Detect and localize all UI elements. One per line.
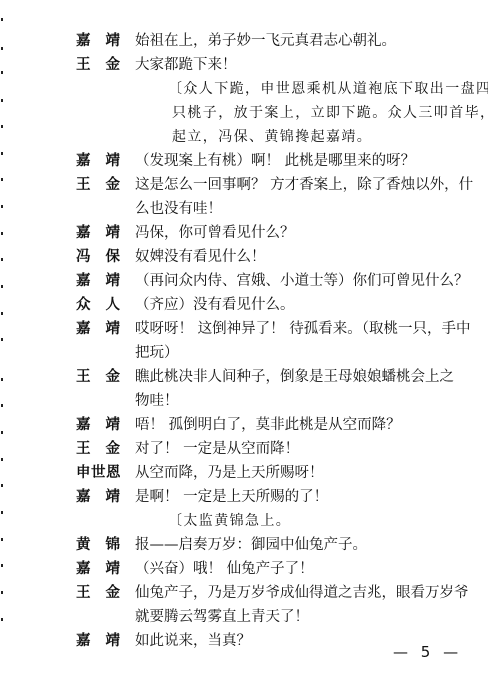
scan-speck <box>1 618 3 621</box>
dialogue-text: （兴奋）哦！ 仙兔产子了！ <box>135 557 314 581</box>
dialogue-line: 王金 仙兔产子，乃是万岁爷成仙得道之吉兆，眼看万岁爷 <box>76 581 476 605</box>
scan-speck <box>1 258 3 261</box>
dialogue-text: 从空而降，乃是上天所赐呀！ <box>135 461 324 485</box>
scan-speck <box>1 152 3 155</box>
scan-speck <box>1 178 3 181</box>
speaker-name: 冯保 <box>76 245 134 269</box>
scan-speck <box>1 431 3 434</box>
scan-speck <box>1 99 3 102</box>
dialogue-continuation: 就要腾云驾雾直上青天了！ <box>76 605 476 629</box>
stage-direction-text: 只桃子，放于案上，立即下跪。众人三叩首毕， <box>172 101 488 125</box>
speaker-name: 王金 <box>76 365 134 389</box>
speaker-name: 王金 <box>76 173 134 197</box>
dialogue-line: 嘉靖 （兴奋）哦！ 仙兔产子了！ <box>76 557 476 581</box>
dialogue-text: 如此说来，当真？ <box>135 629 251 653</box>
dialogue-line: 王金 大家都跪下来！ <box>76 53 476 77</box>
dialogue-line: 黄锦 报——启奏万岁：御园中仙兔产子。 <box>76 533 476 557</box>
speaker-name: 申世恩 <box>76 461 134 485</box>
dialogue-text: （齐应）没有看见什么。 <box>135 293 295 317</box>
dialogue-continuation: 物哇！ <box>76 389 476 413</box>
stage-direction: 起立，冯保、黄锦搀起嘉靖。 <box>76 125 476 149</box>
scan-speck <box>1 564 3 567</box>
dialogue-line: 嘉靖 （再问众内侍、宫娥、小道士等）你们可曾见什么？ <box>76 269 476 293</box>
speaker-name: 嘉靖 <box>76 221 134 245</box>
speaker-name: 嘉靖 <box>76 149 134 173</box>
dialogue-text: 唔！ 孤倒明白了，莫非此桃是从空而降？ <box>135 413 401 437</box>
dialogue-line: 嘉靖 冯保，你可曾看见什么？ <box>76 221 476 245</box>
speaker-name: 嘉靖 <box>76 317 134 341</box>
page-number: — 5 — <box>393 643 462 661</box>
speaker-name: 王金 <box>76 437 134 461</box>
dialogue-text: 仙兔产子，乃是万岁爷成仙得道之吉兆，眼看万岁爷 <box>135 581 469 605</box>
speaker-name: 王金 <box>76 581 134 605</box>
stage-direction-text: 〔太监黄锦急上。 <box>168 509 291 533</box>
dialogue-text: （再问众内侍、宫娥、小道士等）你们可曾见什么？ <box>135 269 469 293</box>
speaker-name: 嘉靖 <box>76 485 134 509</box>
dialogue-text: （发现案上有桃）啊！ 此桃是哪里来的呀？ <box>135 149 415 173</box>
dialogue-text: 就要腾云驾雾直上青天了！ <box>135 605 309 629</box>
dialogue-line: 王金 对了！ 一定是从空而降！ <box>76 437 476 461</box>
scan-speck <box>1 538 3 541</box>
dialogue-line: 嘉靖 始祖在上，弟子妙一飞元真君志心朝礼。 <box>76 29 476 53</box>
speaker-name: 黄锦 <box>76 533 134 557</box>
stage-direction: 〔太监黄锦急上。 <box>76 509 476 533</box>
scan-speck <box>1 205 3 208</box>
dialogue-line: 嘉靖 哎呀呀！ 这倒神异了！ 待孤看来。（取桃一只，手中 <box>76 317 476 341</box>
stage-direction: 〔众人下跪，申世恩乘机从道袍底下取出一盘四 <box>76 77 476 101</box>
dialogue-text: 冯保，你可曾看见什么？ <box>135 221 295 245</box>
dialogue-continuation: 把玩） <box>76 341 476 365</box>
speaker-name: 嘉靖 <box>76 629 134 653</box>
scan-speck <box>1 338 3 341</box>
dialogue-text: 始祖在上，弟子妙一飞元真君志心朝礼。 <box>135 29 396 53</box>
dialogue-text: 报——启奏万岁：御园中仙兔产子。 <box>135 533 367 557</box>
speaker-name: 嘉靖 <box>76 557 134 581</box>
stage-direction-text: 〔众人下跪，申世恩乘机从道袍底下取出一盘四 <box>168 77 488 101</box>
dialogue-text: 物哇！ <box>135 389 179 413</box>
stage-direction: 只桃子，放于案上，立即下跪。众人三叩首毕， <box>76 101 476 125</box>
scan-speck <box>1 511 3 514</box>
dialogue-line: 申世恩 从空而降，乃是上天所赐呀！ <box>76 461 476 485</box>
scan-speck <box>1 591 3 594</box>
stage-direction-text: 起立，冯保、黄锦搀起嘉靖。 <box>172 125 372 149</box>
scan-speck <box>1 404 3 407</box>
scan-speck <box>1 232 3 235</box>
scan-speck <box>1 458 3 461</box>
speaker-name: 嘉靖 <box>76 29 134 53</box>
dialogue-text: 瞧此桃决非人间种子，倒象是王母娘娘蟠桃会上之 <box>135 365 454 389</box>
dialogue-line: 众人 （齐应）没有看见什么。 <box>76 293 476 317</box>
scan-speck <box>1 285 3 288</box>
scan-speck <box>1 71 3 74</box>
speaker-name: 嘉靖 <box>76 269 134 293</box>
dialogue-text: 哎呀呀！ 这倒神异了！ 待孤看来。（取桃一只，手中 <box>135 317 470 341</box>
speaker-name: 王金 <box>76 53 134 77</box>
scan-margin-marks <box>0 0 10 690</box>
dialogue-line: 王金 瞧此桃决非人间种子，倒象是王母娘娘蟠桃会上之 <box>76 365 476 389</box>
dialogue-text: 大家都跪下来！ <box>135 53 237 77</box>
scan-speck <box>1 312 3 315</box>
scan-speck <box>1 484 3 487</box>
dialogue-text: 奴婢没有看见什么！ <box>135 245 266 269</box>
scan-speck <box>1 18 3 21</box>
dialogue-text: 这是怎么一回事啊？ 方才香案上，除了香烛以外，什 <box>135 173 473 197</box>
dialogue-line: 嘉靖 是啊！ 一定是上天所赐的了！ <box>76 485 476 509</box>
dialogue-line: 冯保 奴婢没有看见什么！ <box>76 245 476 269</box>
scan-speck <box>1 47 3 50</box>
dialogue-continuation: 么也没有哇！ <box>76 197 476 221</box>
scan-speck <box>1 378 3 381</box>
dialogue-line: 嘉靖 唔！ 孤倒明白了，莫非此桃是从空而降？ <box>76 413 476 437</box>
play-script: 嘉靖 始祖在上，弟子妙一飞元真君志心朝礼。 王金 大家都跪下来！ 〔众人下跪，申… <box>76 29 476 653</box>
dialogue-line: 王金 这是怎么一回事啊？ 方才香案上，除了香烛以外，什 <box>76 173 476 197</box>
dialogue-text: 是啊！ 一定是上天所赐的了！ <box>135 485 328 509</box>
scan-speck <box>1 125 3 128</box>
dialogue-text: 对了！ 一定是从空而降！ <box>135 437 299 461</box>
dialogue-text: 么也没有哇！ <box>135 197 222 221</box>
dialogue-text: 把玩） <box>135 341 179 365</box>
dialogue-line: 嘉靖 （发现案上有桃）啊！ 此桃是哪里来的呀？ <box>76 149 476 173</box>
speaker-name: 众人 <box>76 293 134 317</box>
speaker-name: 嘉靖 <box>76 413 134 437</box>
